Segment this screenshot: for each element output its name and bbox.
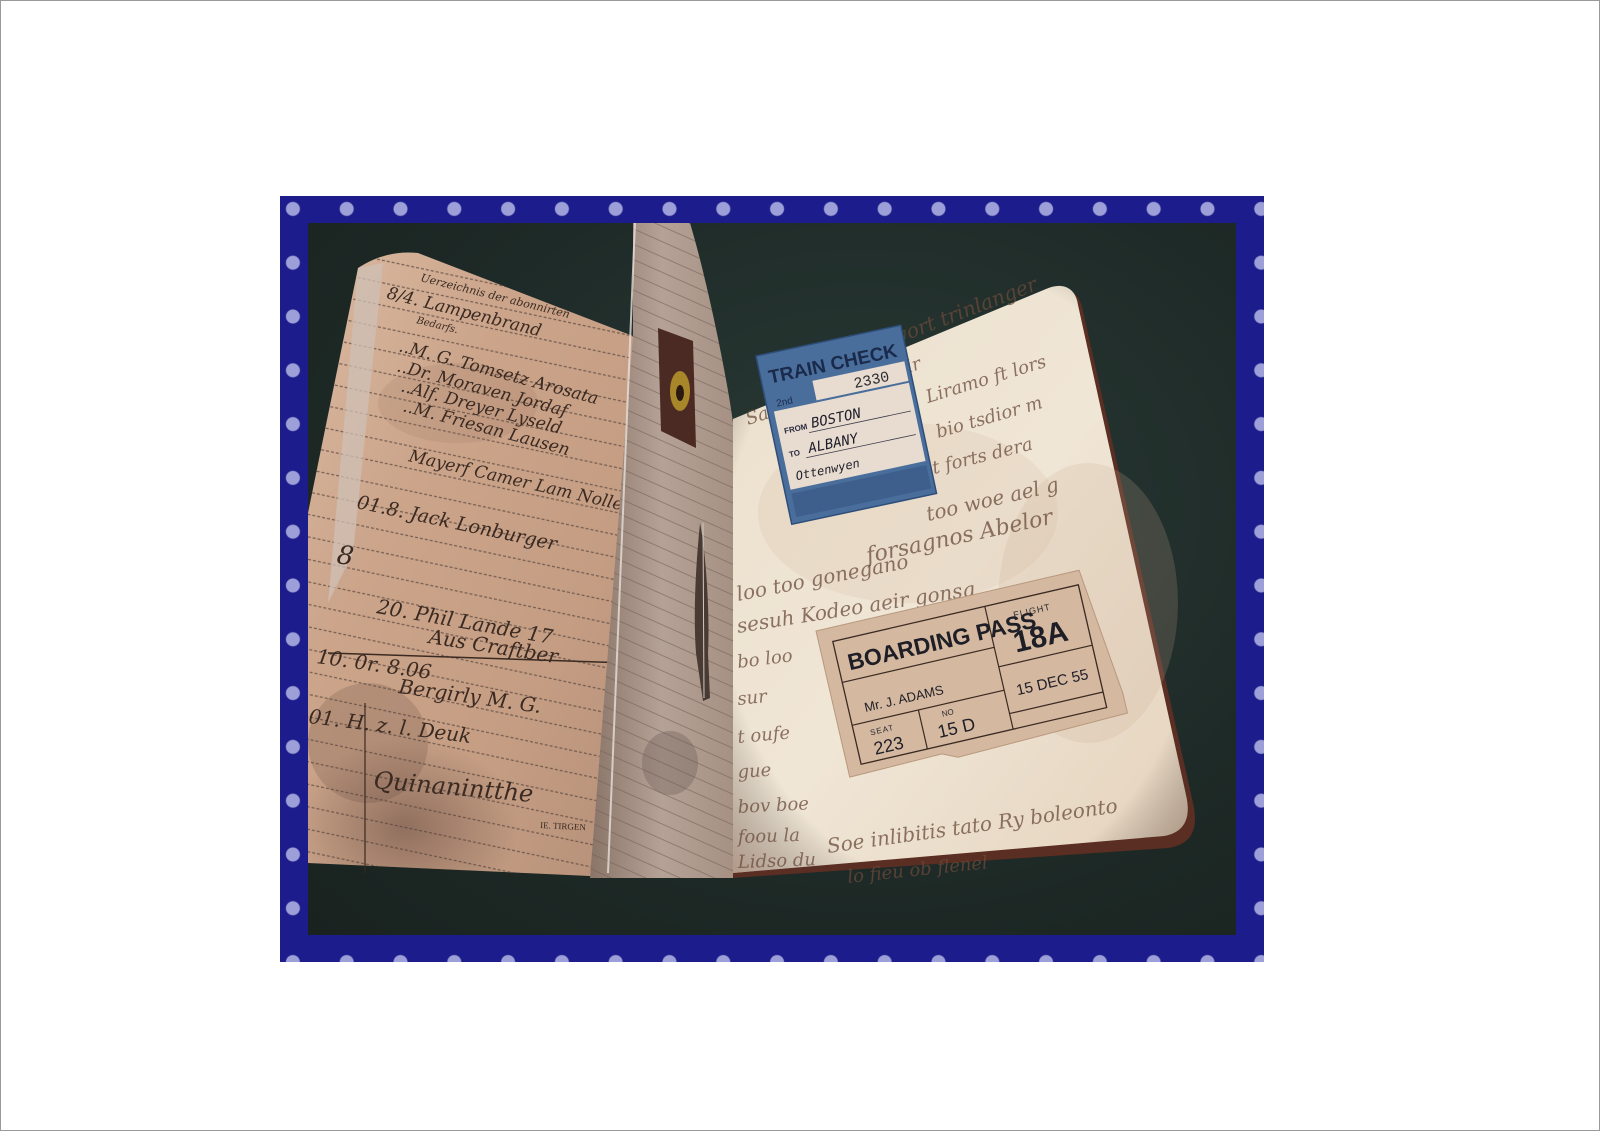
vintage-photo-clipping	[658, 328, 696, 448]
svg-text:foou la: foou la	[735, 825, 800, 848]
svg-text:sur: sur	[736, 686, 769, 710]
journal-photo: Uerzeichnis der abonnirten 8/4. Lampenbr…	[308, 223, 1236, 935]
svg-text:Lidso du: Lidso du	[736, 849, 816, 873]
svg-text:bov boe: bov boe	[737, 793, 809, 818]
svg-text:gue: gue	[737, 760, 772, 783]
